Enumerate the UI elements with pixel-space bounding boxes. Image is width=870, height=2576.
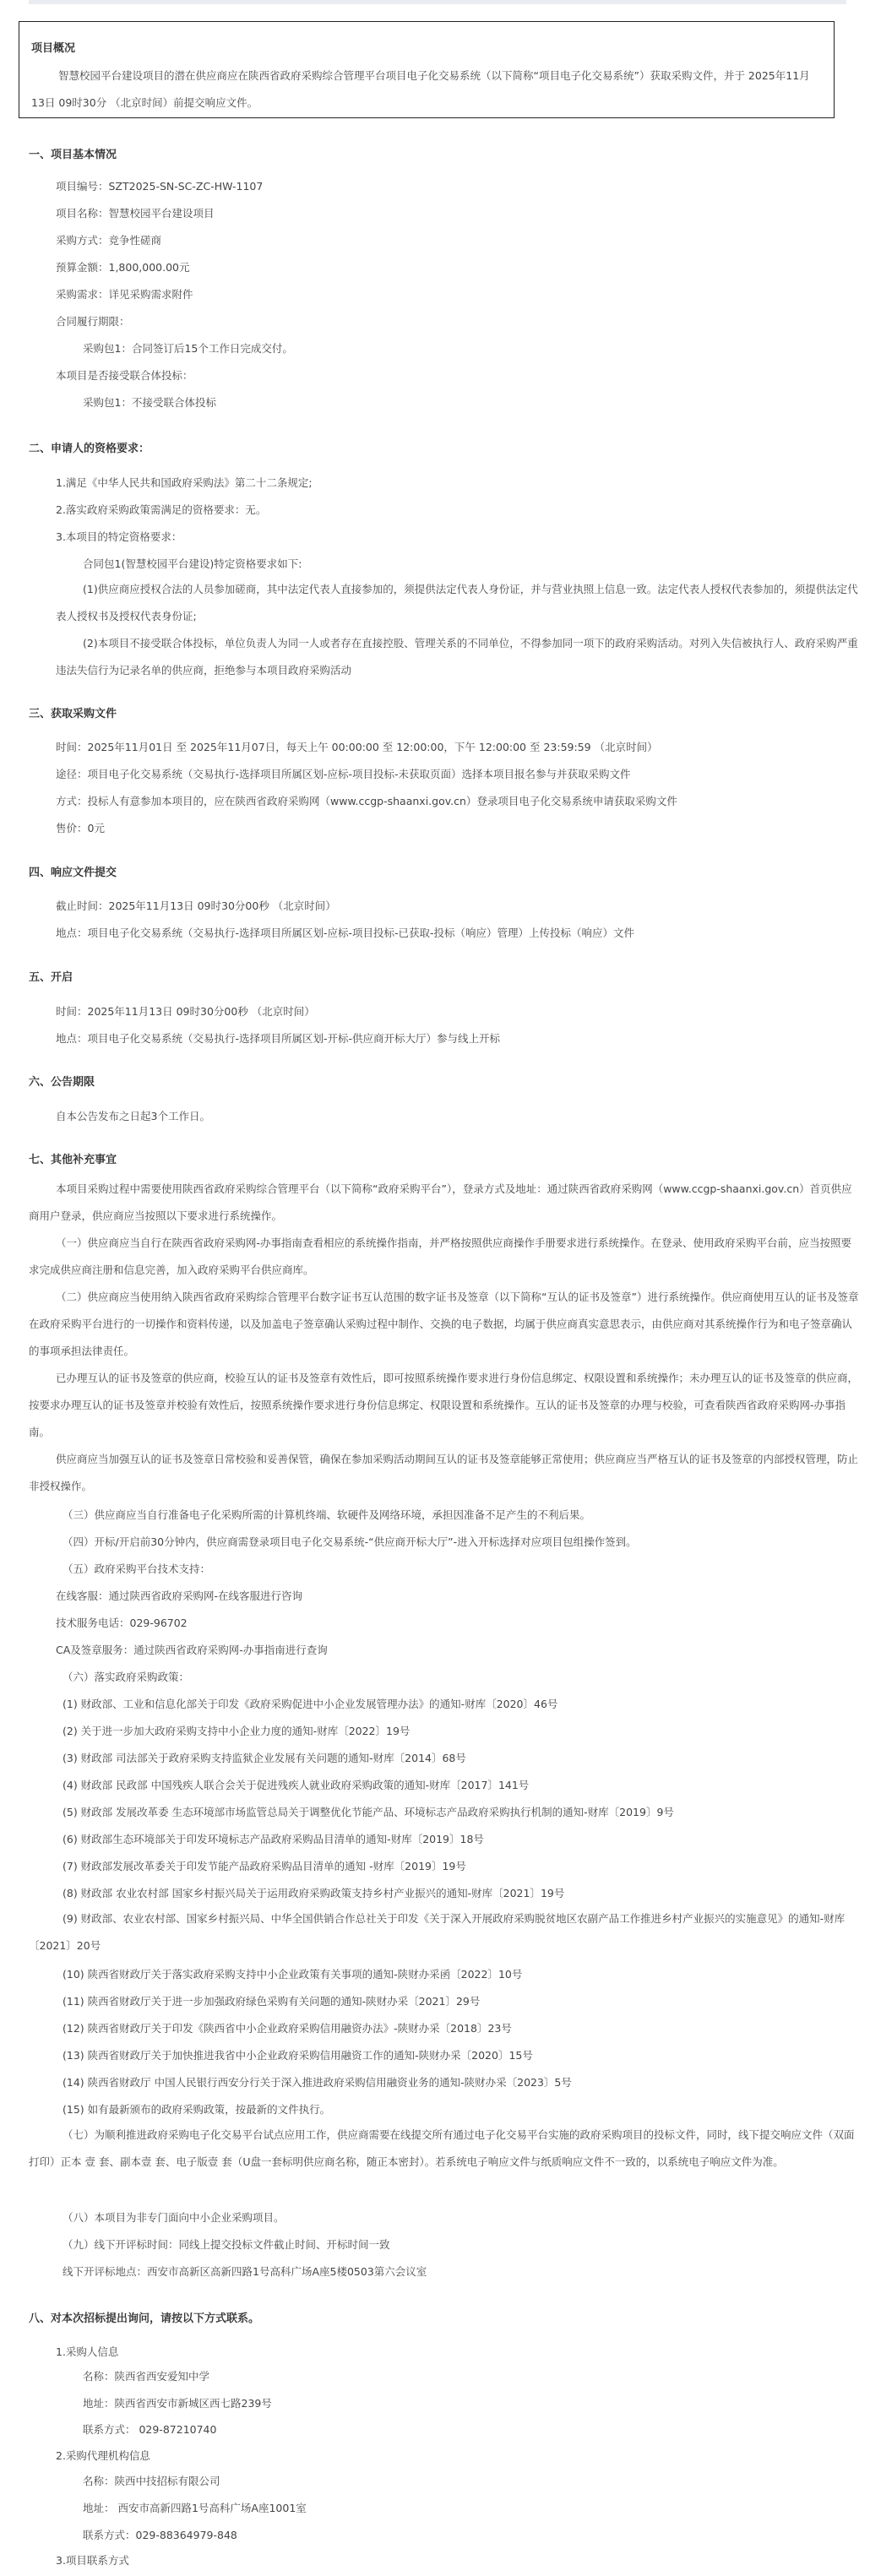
supplement-item-3: （三）供应商应当自行准备电子化采购所需的计算机终端、软硬件及网络环境，承担因准备…	[63, 1507, 590, 1522]
submission-place: 地点：项目电子化交易系统（交易执行-选择项目所属区划-应标-项目投标-已获取-投…	[56, 925, 634, 940]
policy-item: (2) 关于进一步加大政府采购支持中小企业力度的通知-财库〔2022〕19号	[63, 1723, 410, 1738]
document-acquisition-time: 时间：2025年11月01日 至 2025年11月07日，每天上午 00:00:…	[56, 739, 658, 754]
section-2-heading: 二、申请人的资格要求：	[29, 439, 150, 455]
policy-item: (1) 财政部、工业和信息化部关于印发《政府采购促进中小企业发展管理办法》的通知…	[63, 1696, 557, 1711]
supplement-item-4: （四）开标/开启前30分钟内，供应商需登录项目电子化交易系统-“供应商开标大厅”…	[63, 1534, 637, 1549]
top-bar	[29, 0, 846, 4]
policy-item: (14) 陕西省财政厅 中国人民银行西安分行关于深入推进政府采购信用融资业务的通…	[63, 2074, 572, 2090]
purchaser-contact: 联系方式： 029-87210740	[83, 2421, 216, 2437]
policy-item: (7) 财政部发展改革委关于印发节能产品政府采购品目清单的通知 -财库〔2019…	[63, 1858, 466, 1873]
project-contact-label: 3.项目联系方式	[56, 2552, 129, 2568]
qualification-item-2: 2.落实政府采购政策需满足的资格要求：无。	[56, 502, 266, 517]
purchaser-info-label: 1.采购人信息	[56, 2344, 118, 2359]
supplement-item-2: （二）供应商应当使用纳入陕西省政府采购综合管理平台数字证书互认范围的数字证书及签…	[29, 1284, 860, 1365]
supplement-item-9: （九）线下开评标时间：同线上提交投标文件截止时间、开标时间一致	[63, 2236, 390, 2252]
document-acquisition-way: 方式：投标人有意参加本项目的，应在陕西省政府采购网（www.ccgp-shaan…	[56, 793, 677, 808]
policy-item: (3) 财政部 司法部关于政府采购支持监狱企业发展有关问题的通知-财库〔2014…	[63, 1750, 466, 1765]
overview-text: 智慧校园平台建设项目的潜在供应商应在陕西省政府采购综合管理平台项目电子化交易系统…	[31, 62, 822, 117]
purchaser-address: 地址：陕西省西安市新城区西七路239号	[83, 2395, 272, 2410]
contract-period-pkg1: 采购包1：合同签订后15个工作日完成交付。	[83, 340, 293, 356]
online-service: 在线客服：通过陕西省政府采购网-在线客服进行咨询	[56, 1588, 302, 1603]
section-1-heading: 一、项目基本情况	[29, 145, 117, 161]
section-7-heading: 七、其他补充事宜	[29, 1150, 117, 1166]
project-number: 项目编号：SZT2025-SN-SC-ZC-HW-1107	[56, 178, 263, 193]
submission-deadline: 截止时间：2025年11月13日 09时30分00秒 （北京时间）	[56, 898, 336, 913]
opening-time: 时间：2025年11月13日 09时30分00秒 （北京时间）	[56, 1003, 315, 1019]
qualification-item-3: 3.本项目的特定资格要求：	[56, 529, 182, 544]
section-4-heading: 四、响应文件提交	[29, 863, 117, 879]
policy-item: (4) 财政部 民政部 中国残疾人联合会关于促进残疾人就业政府采购政策的通知-财…	[63, 1777, 529, 1792]
supplement-item-8: （八）本项目为非专门面向中小企业采购项目。	[63, 2209, 285, 2225]
supplement-item-5: （五）政府采购平台技术支持：	[63, 1561, 210, 1576]
supplement-intro: 本项目采购过程中需要使用陕西省政府采购综合管理平台（以下简称“政府采购平台”），…	[29, 1176, 860, 1230]
project-name: 项目名称：智慧校园平台建设项目	[56, 205, 215, 220]
contract-period-label: 合同履行期限：	[56, 313, 130, 329]
policy-item: (13) 陕西省财政厅关于加快推进我省中小企业政府采购信用融资工作的通知-陕财办…	[63, 2047, 533, 2062]
supplement-item-7: （七）为顺利推进政府采购电子化交易平台试点应用工作，供应商需要在线提交所有通过电…	[29, 2122, 860, 2176]
supplement-item-2b: 已办理互认的证书及签章的供应商，校验互认的证书及签章有效性后，即可按照系统操作要…	[29, 1365, 860, 1446]
project-overview-box: 项目概况 智慧校园平台建设项目的潜在供应商应在陕西省政府采购综合管理平台项目电子…	[19, 21, 835, 118]
purchaser-name: 名称：陕西省西安爱知中学	[83, 2368, 209, 2383]
section-5-heading: 五、开启	[29, 968, 73, 984]
overview-title: 项目概况	[31, 39, 75, 55]
policy-item: (6) 财政部生态环境部关于印发环境标志产品政府采购品目清单的通知-财库〔201…	[63, 1831, 484, 1846]
qualification-requirement-2: (2)本项目不接受联合体投标，单位负责人为同一人或者存在直接控股、管理关系的不同…	[56, 630, 860, 684]
policy-item: (5) 财政部 发展改革委 生态环境部市场监管总局关于调整优化节能产品、环境标志…	[63, 1804, 674, 1819]
budget-amount: 预算金额：1,800,000.00元	[56, 259, 190, 274]
package-qualification-label: 合同包1(智慧校园平台建设)特定资格要求如下:	[83, 556, 302, 571]
document-price: 售价：0元	[56, 820, 105, 835]
offline-evaluation-place: 线下开评标地点：西安市高新区高新四路1号高科广场A座5楼0503第六会议室	[63, 2264, 427, 2279]
policy-item: (12) 陕西省财政厅关于印发《陕西省中小企业政府采购信用融资办法》-陕财办采〔…	[63, 2020, 512, 2035]
policy-item: (9) 财政部、农业农村部、国家乡村振兴局、中华全国供销合作总社关于印发《关于深…	[29, 1905, 860, 1959]
ca-service: CA及签章服务：通过陕西省政府采购网-办事指南进行查询	[56, 1642, 328, 1657]
procurement-method: 采购方式：竞争性磋商	[56, 232, 161, 247]
procurement-demand: 采购需求：详见采购需求附件	[56, 286, 193, 302]
qualification-item-1: 1.满足《中华人民共和国政府采购法》第二十二条规定;	[56, 475, 313, 490]
policy-item: (8) 财政部 农业农村部 国家乡村振兴局关于运用政府采购政策支持乡村产业振兴的…	[63, 1885, 564, 1900]
agency-address: 地址： 西安市高新四路1号高科广场A座1001室	[83, 2500, 307, 2515]
document-acquisition-route: 途径：项目电子化交易系统（交易执行-选择项目所属区划-应标-项目投标-未获取页面…	[56, 766, 631, 781]
qualification-requirement-1: (1)供应商应授权合法的人员参加磋商，其中法定代表人直接参加的，须提供法定代表人…	[56, 576, 860, 630]
opening-place: 地点：项目电子化交易系统（交易执行-选择项目所属区划-开标-供应商开标大厅）参与…	[56, 1030, 500, 1046]
agency-name: 名称：陕西中技招标有限公司	[83, 2473, 220, 2488]
supplement-item-6: （六）落实政府采购政策：	[63, 1669, 189, 1684]
supplement-item-1: （一）供应商应当自行在陕西省政府采购网-办事指南查看相应的系统操作指南，并严格按…	[29, 1230, 860, 1284]
agency-contact: 联系方式：029-88364979-848	[83, 2527, 237, 2542]
policy-item: (15) 如有最新颁布的政府采购政策，按最新的文件执行。	[63, 2101, 330, 2117]
policy-item: (10) 陕西省财政厅关于落实政府采购支持中小企业政策有关事项的通知-陕财办采函…	[63, 1966, 522, 1981]
section-3-heading: 三、获取采购文件	[29, 704, 117, 720]
consortium-pkg1: 采购包1：不接受联合体投标	[83, 394, 216, 410]
section-6-heading: 六、公告期限	[29, 1073, 95, 1089]
agency-info-label: 2.采购代理机构信息	[56, 2448, 150, 2463]
policy-item: (11) 陕西省财政厅关于进一步加强政府绿色采购有关问题的通知-陕财办采〔202…	[63, 1993, 480, 2008]
consortium-label: 本项目是否接受联合体投标：	[56, 367, 193, 383]
tech-service-phone: 技术服务电话：029-96702	[56, 1615, 188, 1630]
announcement-period: 自本公告发布之日起3个工作日。	[56, 1108, 210, 1123]
supplement-item-2c: 供应商应当加强互认的证书及签章日常校验和妥善保管，确保在参加采购活动期间互认的证…	[29, 1446, 860, 1500]
section-8-heading: 八、对本次招标提出询问，请按以下方式联系。	[29, 2309, 259, 2325]
